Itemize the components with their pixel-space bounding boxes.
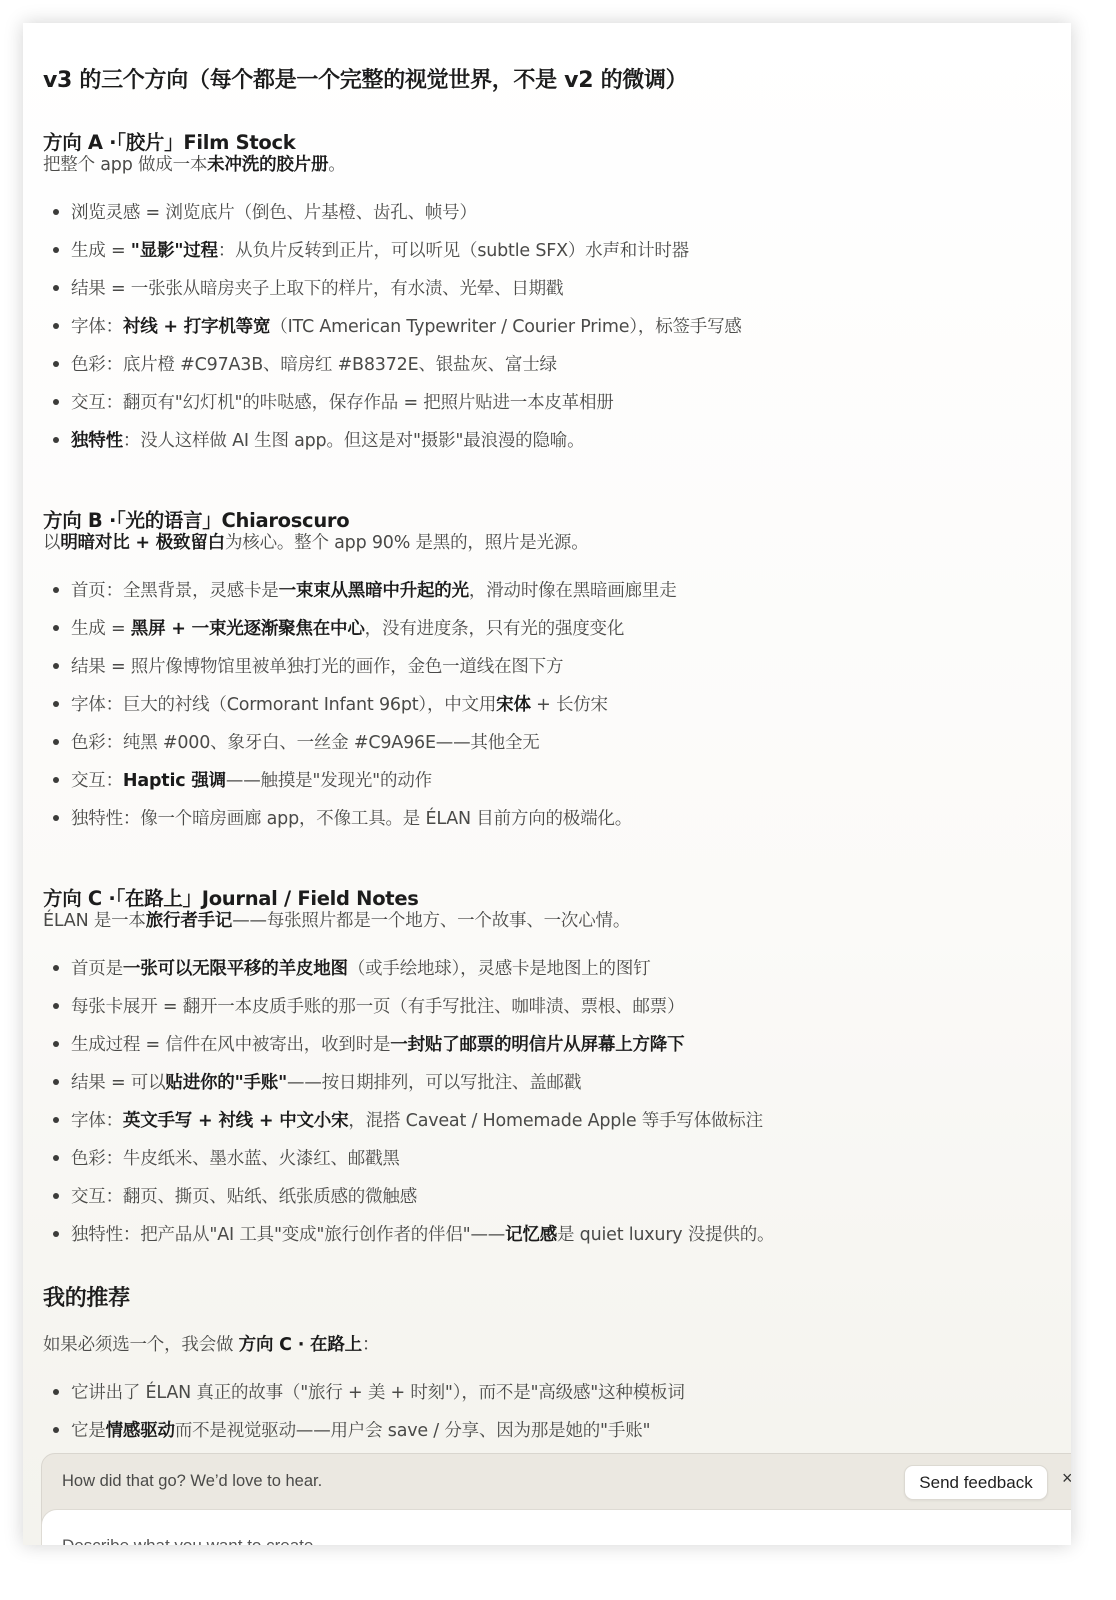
list-item: 字体：巨大的衬线（Cormorant Infant 96pt），中文用宋体 + …	[53, 691, 608, 716]
bullet-icon	[53, 1117, 59, 1123]
bullet-icon	[53, 815, 59, 821]
bullet-icon	[53, 1079, 59, 1085]
bullet-icon	[53, 437, 59, 443]
list-item: 色彩：底片橙 #C97A3B、暗房红 #B8372E、银盐灰、富士绿	[53, 351, 557, 376]
list-item: 独特性：像一个暗房画廊 app，不像工具。是 ÉLAN 目前方向的极端化。	[53, 805, 632, 830]
close-icon[interactable]: ×	[1062, 1468, 1071, 1489]
list-item: 色彩：牛皮纸米、墨水蓝、火漆红、邮戳黑	[53, 1145, 400, 1170]
bullet-icon	[53, 285, 59, 291]
recommendation-intro: 如果必须选一个，我会做 方向 C · 在路上：	[43, 1331, 379, 1356]
list-item: 生成 = 黑屏 + 一束光逐渐聚焦在中心，没有进度条，只有光的强度变化	[53, 615, 624, 640]
bullet-icon	[53, 777, 59, 783]
direction-a-intro: 把整个 app 做成一本未冲洗的胶片册。	[43, 151, 346, 176]
list-item: 独特性：没人这样做 AI 生图 app。但这是对"摄影"最浪漫的隐喻。	[53, 427, 584, 452]
prompt-placeholder: Describe what you want to create	[62, 1536, 313, 1545]
prompt-input[interactable]: Describe what you want to create	[41, 1509, 1071, 1545]
chat-window: v3 的三个方向（每个都是一个完整的视觉世界，不是 v2 的微调） 方向 A ·…	[23, 23, 1071, 1545]
list-item: 每张卡展开 = 翻开一本皮质手账的那一页（有手写批注、咖啡渍、票根、邮票）	[53, 993, 684, 1018]
list-item: 结果 = 可以贴进你的"手账"——按日期排列，可以写批注、盖邮戳	[53, 1069, 581, 1094]
bullet-icon	[53, 965, 59, 971]
list-item: 色彩：纯黑 #000、象牙白、一丝金 #C9A96E——其他全无	[53, 729, 540, 754]
list-item: 它讲出了 ÉLAN 真正的故事（"旅行 + 美 + 时刻"），而不是"高级感"这…	[53, 1379, 685, 1404]
list-item: 字体：衬线 + 打字机等宽（ITC American Typewriter / …	[53, 313, 742, 338]
bullet-icon	[53, 1231, 59, 1237]
bullet-icon	[53, 1389, 59, 1395]
send-feedback-button[interactable]: Send feedback	[904, 1465, 1048, 1500]
bullet-icon	[53, 323, 59, 329]
bullet-icon	[53, 209, 59, 215]
bullet-icon	[53, 739, 59, 745]
direction-b-intro: 以明暗对比 + 极致留白为核心。整个 app 90% 是黑的，照片是光源。	[43, 529, 589, 554]
recommendation-heading: 我的推荐	[43, 1281, 130, 1312]
list-item: 它是情感驱动而不是视觉驱动——用户会 save / 分享、因为那是她的"手账"	[53, 1417, 650, 1442]
list-item: 结果 = 照片像博物馆里被单独打光的画作，金色一道线在图下方	[53, 653, 563, 678]
bullet-icon	[53, 625, 59, 631]
direction-c-intro: ÉLAN 是一本旅行者手记——每张照片都是一个地方、一个故事、一次心情。	[43, 907, 630, 932]
list-item: 结果 = 一张张从暗房夹子上取下的样片，有水渍、光晕、日期戳	[53, 275, 563, 300]
bullet-icon	[53, 587, 59, 593]
list-item: 交互：翻页、撕页、贴纸、纸张质感的微触感	[53, 1183, 417, 1208]
message-title: v3 的三个方向（每个都是一个完整的视觉世界，不是 v2 的微调）	[43, 63, 687, 94]
list-item: 交互：Haptic 强调——触摸是"发现光"的动作	[53, 767, 432, 792]
list-item: 字体：英文手写 + 衬线 + 中文小宋，混搭 Caveat / Homemade…	[53, 1107, 763, 1132]
bullet-icon	[53, 701, 59, 707]
list-item: 交互：翻页有"幻灯机"的咔哒感，保存作品 = 把照片贴进一本皮革相册	[53, 389, 614, 414]
bullet-icon	[53, 1041, 59, 1047]
list-item: 独特性：把产品从"AI 工具"变成"旅行创作者的伴侣"——记忆感是 quiet …	[53, 1221, 774, 1246]
bullet-icon	[53, 247, 59, 253]
list-item: 生成 = "显影"过程：从负片反转到正片，可以听见（subtle SFX）水声和…	[53, 237, 689, 262]
bullet-icon	[53, 399, 59, 405]
bullet-icon	[53, 1193, 59, 1199]
bullet-icon	[53, 1155, 59, 1161]
list-item: 生成过程 = 信件在风中被寄出，收到时是一封贴了邮票的明信片从屏幕上方降下	[53, 1031, 684, 1056]
bullet-icon	[53, 1427, 59, 1433]
bullet-icon	[53, 361, 59, 367]
bullet-icon	[53, 1003, 59, 1009]
list-item: 浏览灵感 = 浏览底片（倒色、片基橙、齿孔、帧号）	[53, 199, 477, 224]
list-item: 首页：全黑背景，灵感卡是一束束从黑暗中升起的光，滑动时像在黑暗画廊里走	[53, 577, 677, 602]
list-item: 首页是一张可以无限平移的羊皮地图（或手绘地球），灵感卡是地图上的图钉	[53, 955, 650, 980]
feedback-prompt: How did that go? We’d love to hear.	[62, 1472, 322, 1491]
bullet-icon	[53, 663, 59, 669]
